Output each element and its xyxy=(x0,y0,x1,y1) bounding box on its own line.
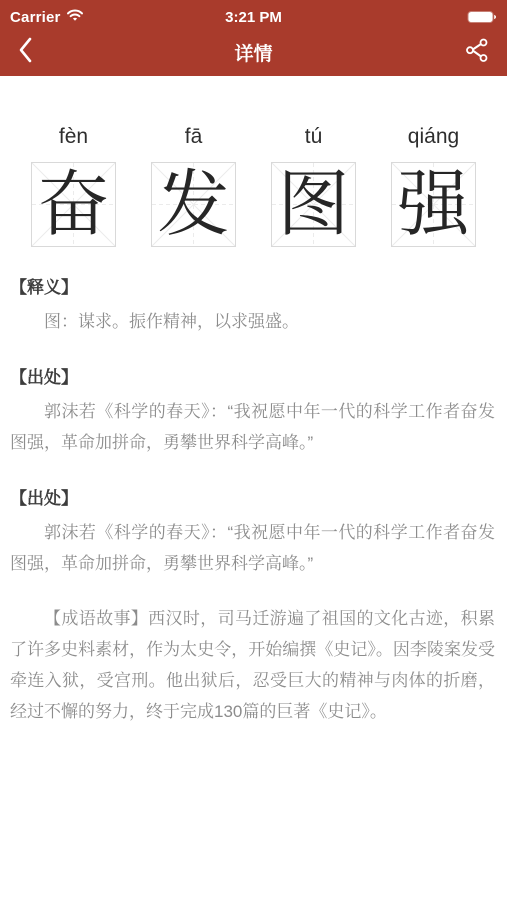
hanzi-character: 奋 xyxy=(32,163,115,246)
section-body: 郭沫若《科学的春天》：“我祝愿中年一代的科学工作者奋发图强，革命加拼命，勇攀世界… xyxy=(10,517,495,579)
pinyin-label: fèn xyxy=(59,124,88,156)
page-title: 详情 xyxy=(0,39,507,66)
chevron-left-icon xyxy=(18,37,33,68)
char-box: 强 xyxy=(391,162,476,247)
char-row: fèn 奋 fā 发 xyxy=(0,124,507,247)
nav-bar: 详情 xyxy=(0,28,507,76)
section-source-2: 【出处】 郭沫若《科学的春天》：“我祝愿中年一代的科学工作者奋发图强，革命加拼命… xyxy=(10,484,495,579)
section-heading: 【出处】 xyxy=(10,484,495,509)
back-button[interactable] xyxy=(18,37,44,67)
char-cell-1: fèn 奋 xyxy=(31,124,116,247)
section-body: 图：谋求。振作精神，以求强盛。 xyxy=(10,306,495,337)
status-bar: Carrier 3:21 PM xyxy=(0,0,507,28)
status-time: 3:21 PM xyxy=(0,9,507,26)
hanzi-character: 强 xyxy=(392,163,475,246)
pinyin-label: fā xyxy=(185,124,203,156)
char-cell-4: qiáng 强 xyxy=(391,124,476,247)
section-body: 郭沫若《科学的春天》：“我祝愿中年一代的科学工作者奋发图强，革命加拼命，勇攀世界… xyxy=(10,396,495,458)
idiom-display: fèn 奋 fā 发 xyxy=(0,76,507,247)
char-box: 奋 xyxy=(31,162,116,247)
section-definition: 【释义】 图：谋求。振作精神，以求强盛。 xyxy=(10,273,495,337)
hanzi-character: 图 xyxy=(272,163,355,246)
section-heading: 【释义】 xyxy=(10,273,495,298)
char-cell-2: fā 发 xyxy=(151,124,236,247)
pinyin-label: qiáng xyxy=(408,124,459,156)
idiom-story: 【成语故事】西汉时，司马迁游遍了祖国的文化古迹，积累了许多史料素材，作为太史令，… xyxy=(10,603,495,727)
share-icon xyxy=(465,37,489,68)
detail-content: 【释义】 图：谋求。振作精神，以求强盛。 【出处】 郭沫若《科学的春天》：“我祝… xyxy=(0,273,507,727)
char-box: 发 xyxy=(151,162,236,247)
section-heading: 【出处】 xyxy=(10,363,495,388)
char-box: 图 xyxy=(271,162,356,247)
app-header: Carrier 3:21 PM 详情 xyxy=(0,0,507,76)
share-button[interactable] xyxy=(463,37,489,67)
hanzi-character: 发 xyxy=(152,163,235,246)
char-cell-3: tú 图 xyxy=(271,124,356,247)
pinyin-label: tú xyxy=(305,124,323,156)
section-source-1: 【出处】 郭沫若《科学的春天》：“我祝愿中年一代的科学工作者奋发图强，革命加拼命… xyxy=(10,363,495,458)
